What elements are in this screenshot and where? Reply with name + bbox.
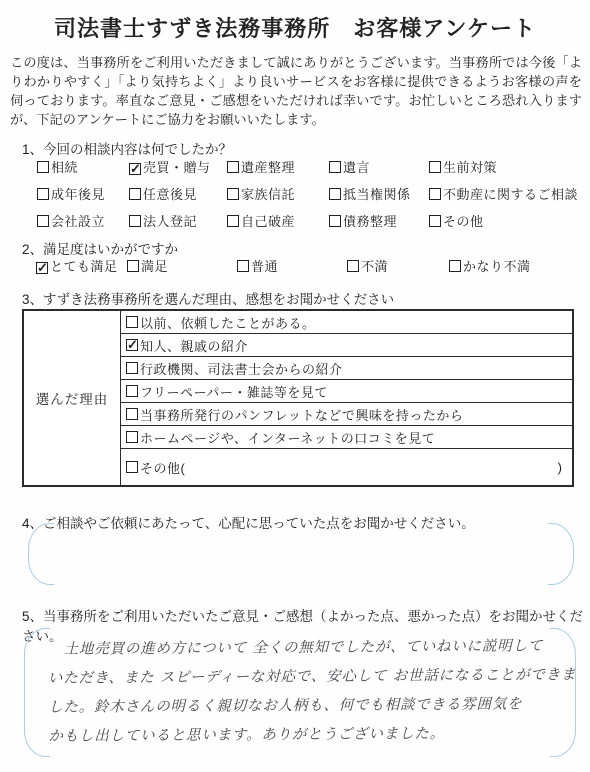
q1-option-label: 売買・贈与 bbox=[143, 160, 211, 175]
checkbox-icon[interactable] bbox=[329, 188, 341, 200]
q1-option-label: 債務整理 bbox=[343, 214, 397, 229]
q1-option[interactable]: 法人登記 bbox=[129, 211, 227, 230]
checkbox-icon[interactable] bbox=[237, 260, 249, 272]
q1-option[interactable]: 遺言 bbox=[329, 157, 429, 176]
checkbox-icon[interactable] bbox=[429, 215, 441, 227]
q3-option-label: その他( bbox=[140, 458, 185, 477]
q3-option-label: 以前、依頼したことがある。 bbox=[140, 313, 316, 332]
handwriting-line: いただき、また スピーディーな対応で、安心して お世話になることができま bbox=[48, 661, 548, 693]
q1-option[interactable]: 任意後見 bbox=[129, 184, 227, 203]
q3-heading: 3、すずき法務事務所を選んだ理由、感想をお聞かせください bbox=[22, 288, 394, 308]
checkbox-icon[interactable] bbox=[347, 260, 359, 272]
q3-options: 以前、依頼したことがある。✓知人、親戚の紹介行政機関、司法書士会からの紹介フリー… bbox=[121, 311, 572, 485]
page-title: 司法書士すずき法務事務所 お客様アンケート bbox=[0, 12, 590, 43]
checkbox-checked-icon[interactable]: ✓ bbox=[36, 262, 48, 274]
q2-heading: 2、満足度はいかがですか bbox=[22, 238, 178, 258]
checkbox-icon[interactable] bbox=[129, 215, 141, 227]
handwriting-line: した。鈴木さんの明るく親切なお人柄も、何でも相談できる雰囲気を bbox=[48, 690, 548, 722]
reason-table: 選んだ理由 以前、依頼したことがある。✓知人、親戚の紹介行政機関、司法書士会から… bbox=[22, 309, 574, 487]
checkbox-icon[interactable] bbox=[126, 362, 138, 374]
q5-answer-area[interactable]: 土地売買の進め方について 全くの無知でしたが、ていねいに説明していただき、また … bbox=[24, 628, 576, 757]
q2-option-label: 普通 bbox=[251, 259, 278, 274]
q3-option[interactable]: ✓知人、親戚の紹介 bbox=[121, 334, 572, 357]
q3-option-label: ホームページや、インターネットの口コミを見て bbox=[140, 428, 435, 447]
checkbox-icon[interactable] bbox=[126, 431, 138, 443]
q1-option-label: 生前対策 bbox=[443, 160, 497, 175]
q1-option-label: 自己破産 bbox=[241, 214, 295, 229]
q3-option[interactable]: 行政機関、司法書士会からの紹介 bbox=[121, 357, 572, 380]
checkbox-icon[interactable] bbox=[126, 316, 138, 328]
handwriting-line: 土地売買の進め方について 全くの無知でしたが、ていねいに説明して bbox=[48, 632, 548, 664]
q3-option[interactable]: 当事務所発行のパンフレットなどで興味を持ったから bbox=[121, 403, 572, 426]
intro-text: この度は、当事務所をご利用いただきまして誠にありがとうございます。当事務所では今… bbox=[10, 53, 582, 129]
q1-option[interactable]: 相続 bbox=[37, 157, 129, 176]
q1-option-label: その他 bbox=[443, 214, 484, 229]
checkbox-icon[interactable] bbox=[129, 188, 141, 200]
close-paren-icon bbox=[548, 523, 574, 585]
q1-option-label: 相続 bbox=[51, 160, 78, 175]
checkbox-icon[interactable] bbox=[227, 188, 239, 200]
q1-option[interactable]: 会社設立 bbox=[37, 211, 129, 230]
q2-options: ✓とても満足満足普通不満かなり不満 bbox=[36, 256, 582, 275]
q1-heading: 1、今回の相談内容は何でしたか？ bbox=[22, 138, 232, 158]
q1-options: 相続✓売買・贈与遺産整理遺言生前対策成年後見任意後見家族信託抵当権関係不動産に関… bbox=[37, 157, 582, 230]
checkbox-checked-icon[interactable]: ✓ bbox=[129, 163, 141, 175]
q1-option-label: 会社設立 bbox=[51, 214, 105, 229]
checkbox-icon[interactable] bbox=[126, 385, 138, 397]
q1-option[interactable]: ✓売買・贈与 bbox=[129, 157, 227, 176]
q1-option-label: 任意後見 bbox=[143, 187, 197, 202]
q3-option-label: 知人、親戚の紹介 bbox=[140, 336, 248, 355]
q5-handwritten-answer: 土地売買の進め方について 全くの無知でしたが、ていねいに説明していただき、また … bbox=[48, 632, 549, 751]
checkbox-icon[interactable] bbox=[227, 215, 239, 227]
q1-option-label: 不動産に関するご相談 bbox=[443, 187, 578, 202]
close-paren-icon bbox=[550, 628, 576, 757]
q1-option[interactable]: 不動産に関するご相談 bbox=[429, 184, 582, 203]
q1-option-label: 法人登記 bbox=[143, 214, 197, 229]
q1-option-label: 遺言 bbox=[343, 160, 370, 175]
reason-row-header: 選んだ理由 bbox=[24, 311, 121, 485]
q2-option[interactable]: 普通 bbox=[237, 256, 347, 275]
q1-option-label: 遺産整理 bbox=[241, 160, 295, 175]
handwriting-line: かもし出していると思います。ありがとうございました。 bbox=[48, 719, 548, 751]
q1-option-label: 家族信託 bbox=[241, 187, 295, 202]
q1-option-label: 抵当権関係 bbox=[343, 187, 411, 202]
q2-option-label: 満足 bbox=[141, 259, 168, 274]
checkbox-icon[interactable] bbox=[429, 161, 441, 173]
checkbox-icon[interactable] bbox=[37, 161, 49, 173]
survey-page: 司法書士すずき法務事務所 お客様アンケート この度は、当事務所をご利用いただきま… bbox=[0, 0, 590, 772]
q3-option[interactable]: その他() bbox=[121, 449, 572, 485]
q2-option-label: かなり不満 bbox=[463, 259, 531, 274]
q1-option[interactable]: 遺産整理 bbox=[227, 157, 329, 176]
checkbox-icon[interactable] bbox=[329, 161, 341, 173]
q1-option[interactable]: 債務整理 bbox=[329, 211, 429, 230]
q1-option[interactable]: 自己破産 bbox=[227, 211, 329, 230]
q2-option-label: 不満 bbox=[361, 259, 388, 274]
q2-option-label: とても満足 bbox=[50, 259, 118, 274]
checkbox-icon[interactable] bbox=[429, 188, 441, 200]
checkbox-icon[interactable] bbox=[126, 408, 138, 420]
checkbox-icon[interactable] bbox=[449, 260, 461, 272]
q1-option[interactable]: 成年後見 bbox=[37, 184, 129, 203]
checkbox-icon[interactable] bbox=[127, 260, 139, 272]
q3-option-label: 当事務所発行のパンフレットなどで興味を持ったから bbox=[140, 405, 463, 424]
q3-option[interactable]: 以前、依頼したことがある。 bbox=[121, 311, 572, 334]
q1-option[interactable]: その他 bbox=[429, 211, 582, 230]
q3-option[interactable]: ホームページや、インターネットの口コミを見て bbox=[121, 426, 572, 449]
checkbox-icon[interactable] bbox=[37, 188, 49, 200]
q3-option[interactable]: フリーペーパー・雑誌等を見て bbox=[121, 380, 572, 403]
q1-option[interactable]: 抵当権関係 bbox=[329, 184, 429, 203]
close-paren: ) bbox=[558, 460, 562, 475]
q3-option-label: フリーペーパー・雑誌等を見て bbox=[140, 382, 328, 401]
q1-option-label: 成年後見 bbox=[51, 187, 105, 202]
q1-option[interactable]: 家族信託 bbox=[227, 184, 329, 203]
q2-option[interactable]: ✓とても満足 bbox=[36, 256, 127, 275]
q2-option[interactable]: 不満 bbox=[347, 256, 449, 275]
q2-option[interactable]: かなり不満 bbox=[449, 256, 582, 275]
checkbox-icon[interactable] bbox=[329, 215, 341, 227]
checkbox-icon[interactable] bbox=[126, 461, 138, 473]
q3-option-label: 行政機関、司法書士会からの紹介 bbox=[140, 359, 343, 378]
open-paren-icon bbox=[28, 523, 54, 585]
q1-option[interactable]: 生前対策 bbox=[429, 157, 582, 176]
q2-option[interactable]: 満足 bbox=[127, 256, 237, 275]
q4-answer-area[interactable] bbox=[28, 523, 574, 585]
checkbox-checked-icon[interactable]: ✓ bbox=[126, 339, 138, 351]
checkbox-icon[interactable] bbox=[37, 215, 49, 227]
open-paren-icon bbox=[24, 628, 50, 757]
checkbox-icon[interactable] bbox=[227, 161, 239, 173]
